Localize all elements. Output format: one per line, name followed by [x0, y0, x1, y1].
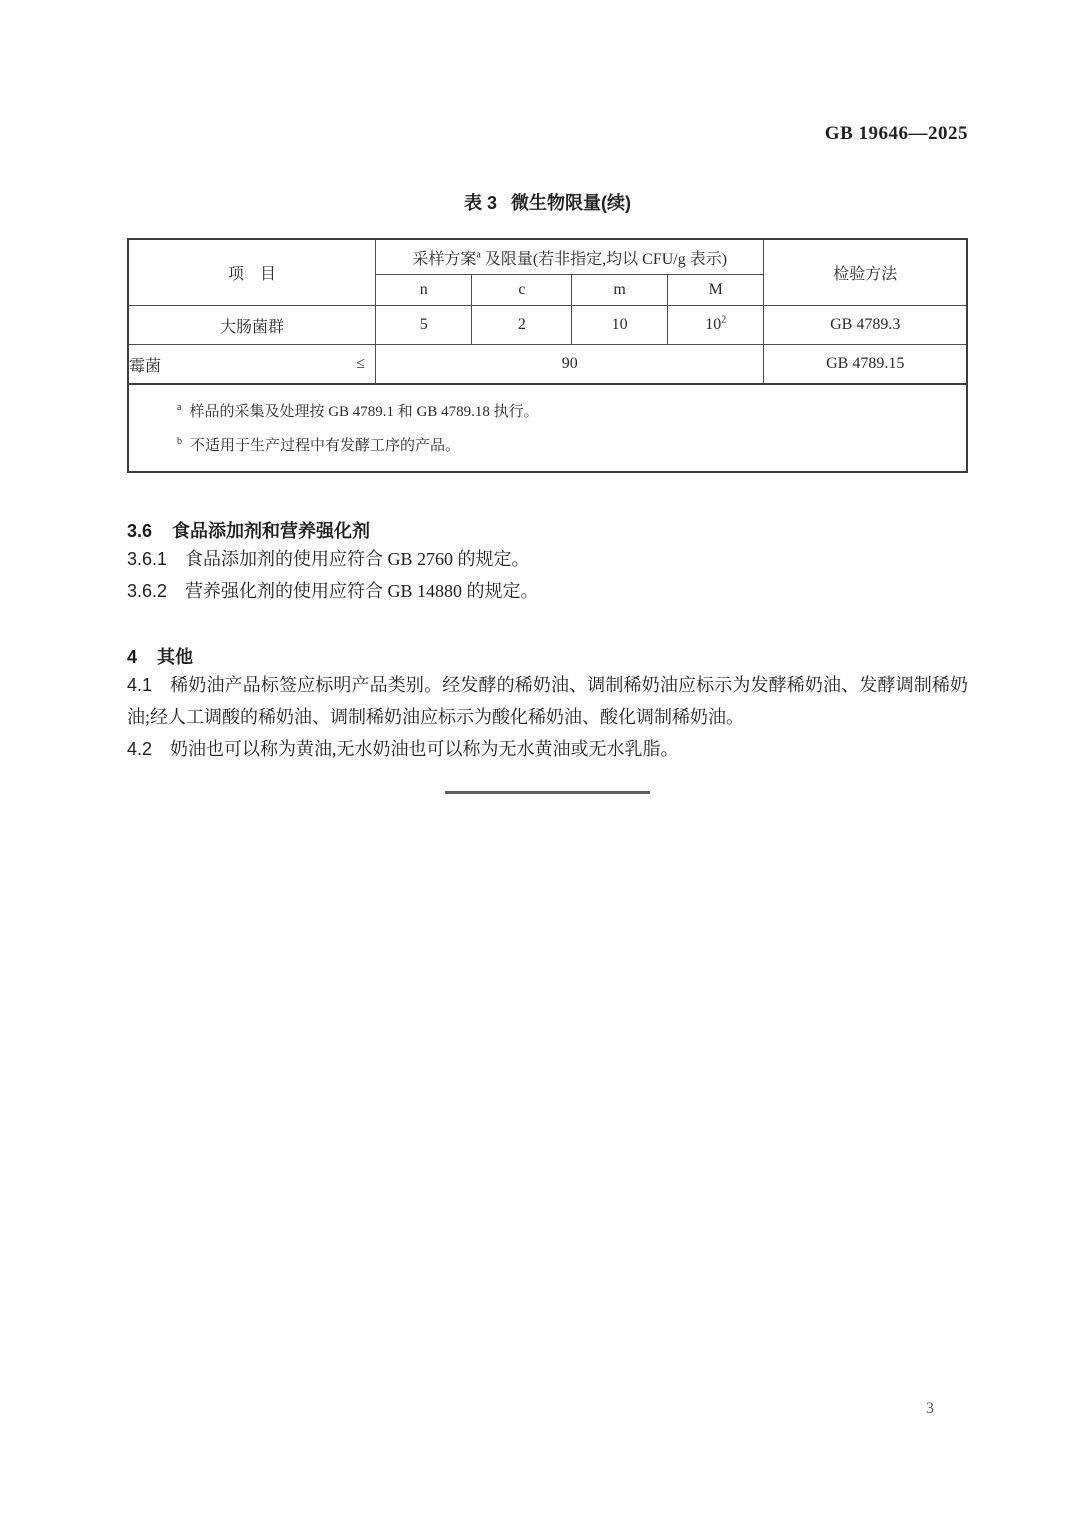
clause-title: 食品添加剂和营养强化剂: [172, 521, 370, 541]
footnote-a-text: 样品的采集及处理按 GB 4789.1 和 GB 4789.18 执行。: [189, 404, 538, 420]
mold-method: GB 4789.15: [764, 345, 967, 385]
clause-3-6-1: 3.6.1食品添加剂的使用应符合 GB 2760 的规定。: [127, 543, 968, 575]
clause-title: 其他: [157, 647, 193, 667]
coliform-c-value: 2: [472, 306, 572, 345]
col-header-sampling-plan: 采样方案a 及限量(若非指定,均以 CFU/g 表示): [376, 239, 764, 275]
clause-4-1: 4.1稀奶油产品标签应标明产品类别。经发酵的稀奶油、调制稀奶油应标示为发酵稀奶油…: [127, 669, 968, 733]
coliform-M-value: 102: [667, 306, 763, 345]
coliform-n-value: 5: [376, 306, 472, 345]
mold-label: 霉菌: [129, 353, 161, 376]
col-header-m: m: [572, 275, 668, 306]
page-content: GB 19646—2025 表 3微生物限量(续) 项 目 采样方案a 及限量(…: [127, 122, 968, 794]
col-header-n: n: [376, 275, 472, 306]
footnote-a: a样品的采集及处理按 GB 4789.1 和 GB 4789.18 执行。: [177, 393, 950, 427]
clause-number: 4.2: [127, 739, 152, 759]
footnote-b: b不适用于生产过程中有发酵工序的产品。: [177, 427, 950, 461]
clause-3-6-2: 3.6.2营养强化剂的使用应符合 GB 14880 的规定。: [127, 575, 968, 607]
table-row-mold: 霉菌≤ 90 GB 4789.15: [128, 345, 967, 385]
table-footnotes: a样品的采集及处理按 GB 4789.1 和 GB 4789.18 执行。 b不…: [128, 384, 967, 472]
clause-number: 3.6.1: [127, 549, 167, 569]
clause-number: 3.6.2: [127, 581, 167, 601]
sampling-plan-text: 采样方案: [412, 251, 476, 268]
row-item-name: 霉菌≤: [128, 345, 376, 385]
footnote-b-text: 不适用于生产过程中有发酵工序的产品。: [190, 438, 460, 454]
table-header-row-1: 项 目 采样方案a 及限量(若非指定,均以 CFU/g 表示) 检验方法: [128, 239, 967, 275]
end-of-document-rule: [445, 791, 650, 794]
coliform-M-base: 10: [705, 316, 721, 333]
document-page: GB 19646—2025 表 3微生物限量(续) 项 目 采样方案a 及限量(…: [0, 0, 1080, 1527]
coliform-M-exponent: 2: [721, 315, 726, 326]
microbial-limits-table: 项 目 采样方案a 及限量(若非指定,均以 CFU/g 表示) 检验方法 n c…: [127, 238, 968, 473]
table-row-coliform: 大肠菌群 5 2 10 102 GB 4789.3: [128, 306, 967, 345]
less-than-equal-symbol: ≤: [356, 355, 365, 373]
section-heading-4: 4其他: [127, 645, 968, 669]
clause-text: 营养强化剂的使用应符合 GB 14880 的规定。: [185, 581, 539, 601]
footnote-a-marker: a: [177, 402, 181, 413]
clause-text: 奶油也可以称为黄油,无水奶油也可以称为无水黄油或无水乳脂。: [170, 739, 679, 759]
col-header-method: 检验方法: [764, 239, 967, 306]
clause-number: 4.1: [127, 675, 152, 695]
table-title-prefix: 表 3: [464, 193, 497, 213]
col-header-M: M: [667, 275, 763, 306]
table-title: 表 3微生物限量(续): [127, 190, 968, 216]
col-header-item: 项 目: [128, 239, 376, 306]
sampling-plan-text-cont: 及限量(若非指定,均以 CFU/g 表示): [481, 251, 727, 268]
footnote-b-marker: b: [177, 436, 182, 447]
row-item-name: 大肠菌群: [128, 306, 376, 345]
clause-text: 食品添加剂的使用应符合 GB 2760 的规定。: [185, 549, 530, 569]
page-number: 3: [926, 1400, 934, 1418]
section-heading-3-6: 3.6食品添加剂和营养强化剂: [127, 519, 968, 543]
table-title-text: 微生物限量(续): [511, 193, 631, 213]
clause-number: 4: [127, 647, 137, 667]
coliform-method: GB 4789.3: [764, 306, 967, 345]
clause-text: 稀奶油产品标签应标明产品类别。经发酵的稀奶油、调制稀奶油应标示为发酵稀奶油、发酵…: [127, 675, 968, 727]
mold-limit-value: 90: [376, 345, 764, 385]
clause-4-2: 4.2奶油也可以称为黄油,无水奶油也可以称为无水黄油或无水乳脂。: [127, 733, 968, 765]
clause-number: 3.6: [127, 521, 152, 541]
standard-code-header: GB 19646—2025: [127, 122, 968, 146]
coliform-m-value: 10: [572, 306, 668, 345]
col-header-c: c: [472, 275, 572, 306]
